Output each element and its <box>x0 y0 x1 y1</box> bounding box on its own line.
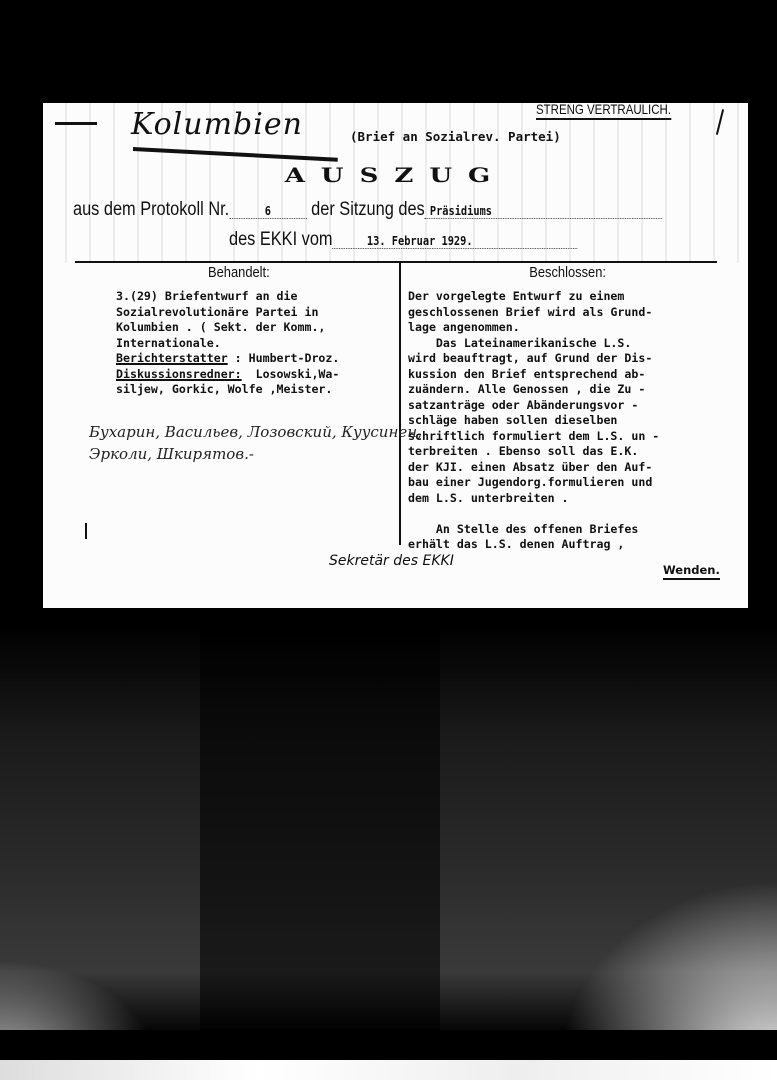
resolved-line: terbreiten . Ebenso soll das E.K. <box>408 444 659 460</box>
film-edge-strip <box>0 1060 777 1080</box>
resolved-text: Der vorgelegte Entwurf zu einemgeschloss… <box>408 289 659 553</box>
handwritten-underline <box>133 147 338 162</box>
speakers-names-1: Losowski,Wa- <box>242 367 340 381</box>
handwritten-note-line: Эрколи, Шкирятов.- <box>89 443 422 465</box>
resolved-line: Der vorgelegte Entwurf zu einem <box>408 289 659 305</box>
treated-line: Sozialrevolutionäre Partei in <box>116 305 339 321</box>
treated-line: Internationale. <box>116 336 339 352</box>
protocol-prefix: aus dem Protokoll Nr. <box>73 199 229 220</box>
ekki-date-row: des EKKI vom13. Februar 1929. <box>229 229 745 251</box>
treated-text: 3.(29) Briefentwurf an dieSozialrevoluti… <box>116 289 339 398</box>
session-date: 13. Februar 1929. <box>333 234 578 249</box>
resolved-line: kussion den Brief entsprechend ab- <box>408 367 659 383</box>
rapporteur-name: : Humbert-Droz. <box>235 351 340 365</box>
turn-over-note: Wenden. <box>663 563 720 580</box>
treated-line: 3.(29) Briefentwurf an die <box>116 289 339 305</box>
speakers-label: Diskussionsredner: <box>116 367 242 381</box>
handwritten-note: Бухарин, Васильев, Лозовский, Куусинен,Э… <box>89 421 422 465</box>
resolved-line: der KJI. einen Absatz über den Auf- <box>408 460 659 476</box>
rapporteur-line: Berichterstatter : Humbert-Droz. <box>116 351 339 367</box>
speakers-names-2: siljew, Gorkic, Wolfe ,Meister. <box>116 382 339 398</box>
protocol-row: aus dem Protokoll Nr.6 der Sitzung desPr… <box>73 199 744 221</box>
speakers-line: Diskussionsredner: Losowski,Wa- <box>116 367 339 383</box>
handwritten-country: Kolumbien <box>131 107 303 142</box>
resolved-line <box>408 506 659 522</box>
rapporteur-label: Berichterstatter <box>116 351 228 365</box>
resolved-line: geschlossenen Brief wird als Grund- <box>408 305 659 321</box>
table-top-rule <box>75 261 717 263</box>
resolved-line: erhält das L.S. denen Auftrag , <box>408 537 659 553</box>
resolved-line: dem L.S. unterbreiten . <box>408 491 659 507</box>
resolved-line: satzanträge oder Abänderungsvor - <box>408 398 659 414</box>
protocol-extract-card: Kolumbien (Brief an Sozialrev. Partei) S… <box>43 103 748 608</box>
resolved-line: Das Lateinamerikanische L.S. <box>408 336 659 352</box>
treated-line: Kolumbien . ( Sekt. der Komm., <box>116 320 339 336</box>
resolved-line: schläge haben sollen dieselben <box>408 413 659 429</box>
page-mark <box>716 109 724 135</box>
resolved-line: An Stelle des offenen Briefes <box>408 522 659 538</box>
resolved-header: Beschlossen: <box>529 264 606 281</box>
handwritten-note-line: Бухарин, Васильев, Лозовский, Куусинен, <box>89 421 422 443</box>
tick-mark <box>85 523 87 539</box>
protocol-number: 6 <box>229 204 306 219</box>
background-shadow <box>200 610 440 1050</box>
treated-header: Behandelt: <box>208 264 270 281</box>
confidential-stamp: STRENG VERTRAULICH. <box>536 101 671 120</box>
ekki-label: des EKKI vom <box>229 229 333 250</box>
dash-mark <box>55 122 97 125</box>
column-divider <box>399 261 401 545</box>
session-body: Präsidiums <box>425 204 662 219</box>
resolved-line: lage angenommen. <box>408 320 659 336</box>
typed-subtitle: (Brief an Sozialrev. Partei) <box>350 129 561 144</box>
resolved-line: zuändern. Alle Genossen , die Zu - <box>408 382 659 398</box>
resolved-line: wird beauftragt, auf Grund der Dis- <box>408 351 659 367</box>
session-label: der Sitzung des <box>311 199 425 220</box>
film-edge-band <box>0 1030 777 1060</box>
document-title: AUSZUG <box>43 165 748 188</box>
resolved-line: schriftlich formuliert dem L.S. un - <box>408 429 659 445</box>
resolved-line: bau einer Jugendorg.formulieren und <box>408 475 659 491</box>
secretary-signature-line: Sekretär des EKKI <box>329 553 454 569</box>
